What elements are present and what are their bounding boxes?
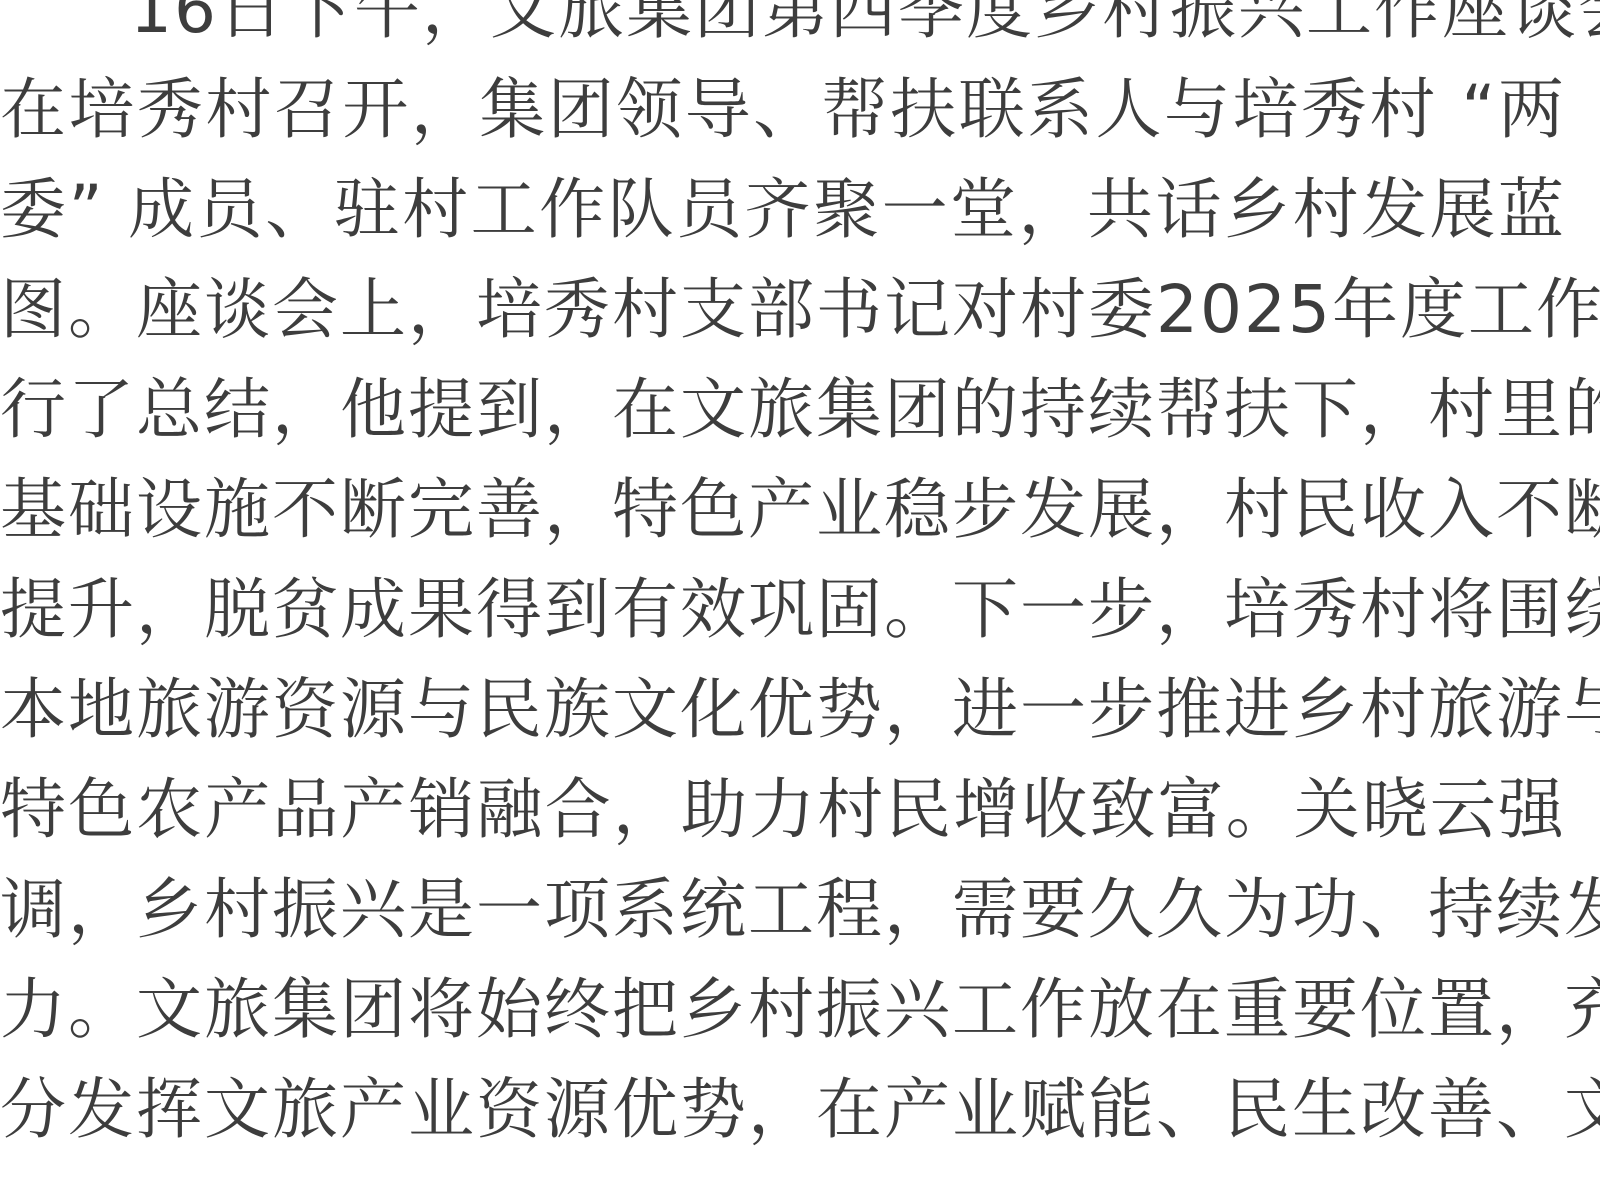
paragraph-line-11: 力。文旅集团将始终把乡村振兴工作放在重要位置，充 [0,960,1566,1060]
paragraph-line-7: 提升，脱贫成果得到有效巩固。下一步，培秀村将围绕 [0,560,1566,660]
paragraph-line-2: 在培秀村召开，集团领导、帮扶联系人与培秀村 “两 [0,60,1566,160]
paragraph-line-10: 调，乡村振兴是一项系统工程，需要久久为功、持续发 [0,860,1566,960]
paragraph-line-12: 分发挥文旅产业资源优势，在产业赋能、民生改善、文 [0,1060,1566,1160]
paragraph-line-6: 基础设施不断完善，特色产业稳步发展，村民收入不断 [0,460,1566,560]
article-paragraph: 16日下午，文旅集团第四季度乡村振兴工作座谈会 在培秀村召开，集团领导、帮扶联系… [0,0,1600,1160]
paragraph-line-9: 特色农产品产销融合，助力村民增收致富。关晓云强 [0,760,1566,860]
paragraph-line-5: 行了总结，他提到，在文旅集团的持续帮扶下，村里的 [0,360,1566,460]
paragraph-line-4: 图。座谈会上，培秀村支部书记对村委2025年度工作进 [0,260,1566,360]
paragraph-line-1: 16日下午，文旅集团第四季度乡村振兴工作座谈会 [0,0,1566,60]
article-body: 16日下午，文旅集团第四季度乡村振兴工作座谈会 在培秀村召开，集团领导、帮扶联系… [0,0,1600,1160]
paragraph-line-8: 本地旅游资源与民族文化优势，进一步推进乡村旅游与 [0,660,1566,760]
paragraph-line-3: 委” 成员、驻村工作队员齐聚一堂，共话乡村发展蓝 [0,160,1566,260]
